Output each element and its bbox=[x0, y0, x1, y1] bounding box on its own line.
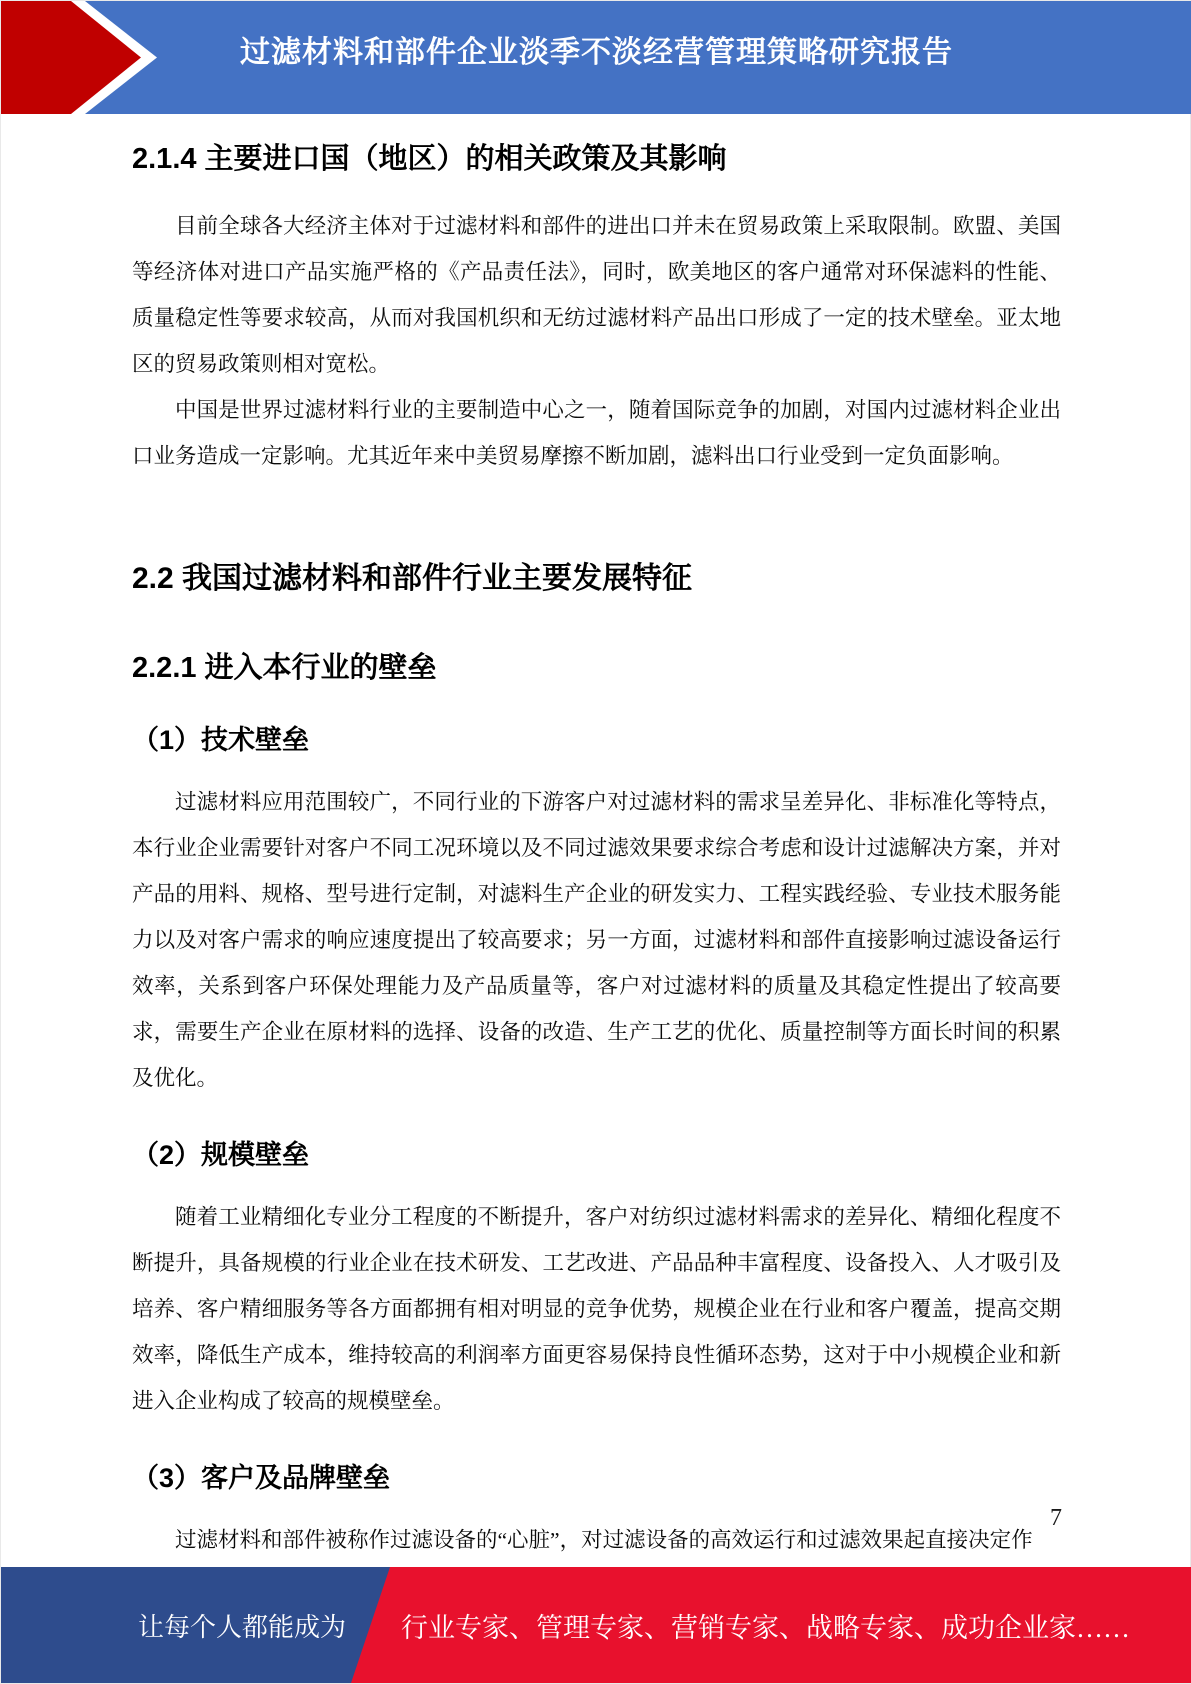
page-number: 7 bbox=[1050, 1505, 1062, 1532]
footer-slogan-left: 让每个人都能成为 bbox=[138, 1567, 358, 1683]
paragraph-scale-barrier: 随着工业精细化专业分工程度的不断提升，客户对纺织过滤材料需求的差异化、精细化程度… bbox=[132, 1194, 1061, 1424]
paragraph-import-policy: 目前全球各大经济主体对于过滤材料和部件的进出口并未在贸易政策上采取限制。欧盟、美… bbox=[132, 203, 1061, 387]
page-title: 过滤材料和部件企业淡季不淡经营管理策略研究报告 bbox=[1, 1, 1191, 97]
footer-slogan-right: 行业专家、管理专家、营销专家、战略专家、成功企业家…… bbox=[401, 1567, 1161, 1683]
subheading-customer-brand-barrier: （3）客户及品牌壁垒 bbox=[132, 1456, 1061, 1495]
heading-2-1-4: 2.1.4 主要进口国（地区）的相关政策及其影响 bbox=[132, 136, 1061, 177]
footer-banner: 让每个人都能成为 行业专家、管理专家、营销专家、战略专家、成功企业家…… bbox=[1, 1567, 1191, 1683]
document-page: 过滤材料和部件企业淡季不淡经营管理策略研究报告 2.1.4 主要进口国（地区）的… bbox=[0, 0, 1191, 1684]
heading-2-2: 2.2 我国过滤材料和部件行业主要发展特征 bbox=[132, 553, 1061, 597]
paragraph-customer-brand-barrier: 过滤材料和部件被称作过滤设备的“心脏”，对过滤设备的高效运行和过滤效果起直接决定… bbox=[132, 1517, 1061, 1563]
document-body: 2.1.4 主要进口国（地区）的相关政策及其影响 目前全球各大经济主体对于过滤材… bbox=[1, 114, 1191, 1563]
subheading-scale-barrier: （2）规模壁垒 bbox=[132, 1133, 1061, 1172]
paragraph-technical-barrier: 过滤材料应用范围较广，不同行业的下游客户对过滤材料的需求呈差异化、非标准化等特点… bbox=[132, 779, 1061, 1101]
paragraph-china-manufacturing: 中国是世界过滤材料行业的主要制造中心之一，随着国际竞争的加剧，对国内过滤材料企业… bbox=[132, 387, 1061, 479]
subheading-technical-barrier: （1）技术壁垒 bbox=[132, 718, 1061, 757]
header-banner: 过滤材料和部件企业淡季不淡经营管理策略研究报告 bbox=[1, 1, 1191, 114]
heading-2-2-1: 2.2.1 进入本行业的壁垒 bbox=[132, 645, 1061, 686]
